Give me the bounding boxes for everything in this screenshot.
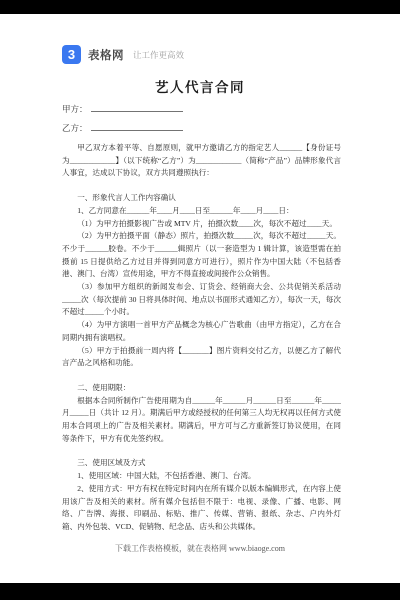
section-heading: 二、使用期限： bbox=[62, 382, 341, 395]
paragraph: （2）为甲方拍摄平面（静态）照片，拍摄次数_____次，每次不超过_____天。… bbox=[62, 230, 341, 281]
paragraph: （5）甲方于拍摄前一周内将【_______】图片资料交付乙方，以便乙方了解代言产… bbox=[62, 345, 341, 370]
party-a-line: 甲方： bbox=[62, 103, 400, 115]
paragraph: 1、使用区域：中国大陆，不包括香港、澳门、台湾。 bbox=[62, 470, 341, 483]
section-heading: 三、使用区域及方式 bbox=[62, 457, 341, 470]
paragraph: （3）参加甲方组织的新闻发布会、订货会、经销商大会、公共促销关系活动_____次… bbox=[62, 281, 341, 319]
site-header: 3 表格网 让工作更高效 bbox=[0, 14, 400, 64]
paragraph: 1、乙方同意在______年____月____日至______年____月___… bbox=[62, 205, 341, 218]
party-b-label: 乙方： bbox=[62, 123, 88, 133]
contract-title: 艺人代言合同 bbox=[0, 76, 400, 96]
footer-promo-text: 下载工作表格模板，就在表格网 www.biaoge.com bbox=[0, 543, 400, 554]
paragraph: 2、使用方式：甲方有权在特定时间内在所有媒介以版本编辑形式，在内容上使用该广告及… bbox=[62, 483, 341, 532]
party-fields: 甲方： 乙方： bbox=[0, 103, 400, 134]
section-heading: 一、形象代言人工作内容确认 bbox=[62, 192, 341, 205]
top-letterbox-bar bbox=[0, 0, 400, 14]
party-a-blank bbox=[91, 103, 183, 112]
party-b-blank bbox=[91, 122, 183, 131]
document-body: 甲乙双方本着平等、自愿原则，就甲方邀请乙方的指定艺人______【身份证号为__… bbox=[62, 142, 341, 532]
paragraph: 甲乙双方本着平等、自愿原则，就甲方邀请乙方的指定艺人______【身份证号为__… bbox=[62, 142, 341, 180]
party-b-line: 乙方： bbox=[62, 122, 400, 134]
bottom-letterbox-bar bbox=[0, 583, 400, 600]
biaoge-logo-icon: 3 bbox=[62, 45, 81, 64]
brand-tagline: 让工作更高效 bbox=[133, 49, 184, 61]
brand-name: 表格网 bbox=[88, 47, 124, 63]
paragraph: （4）为甲方演唱一首甲方产品概念为核心广告歌曲（由甲方指定），乙方在合同期内拥有… bbox=[62, 319, 341, 344]
document-page: 3 表格网 让工作更高效 艺人代言合同 甲方： 乙方： 甲乙双方本着平等、自愿原… bbox=[0, 14, 400, 583]
document-preview: { "window": { "top_bar_color": "#000000"… bbox=[0, 0, 400, 600]
paragraph: 根据本合同所制作广告使用期为自______年______月______日至___… bbox=[62, 395, 341, 446]
paragraph: （1）为甲方拍摄影视广告或 MTV 片，拍摄次数____次，每次不超过____天… bbox=[62, 218, 341, 231]
party-a-label: 甲方： bbox=[62, 104, 88, 114]
